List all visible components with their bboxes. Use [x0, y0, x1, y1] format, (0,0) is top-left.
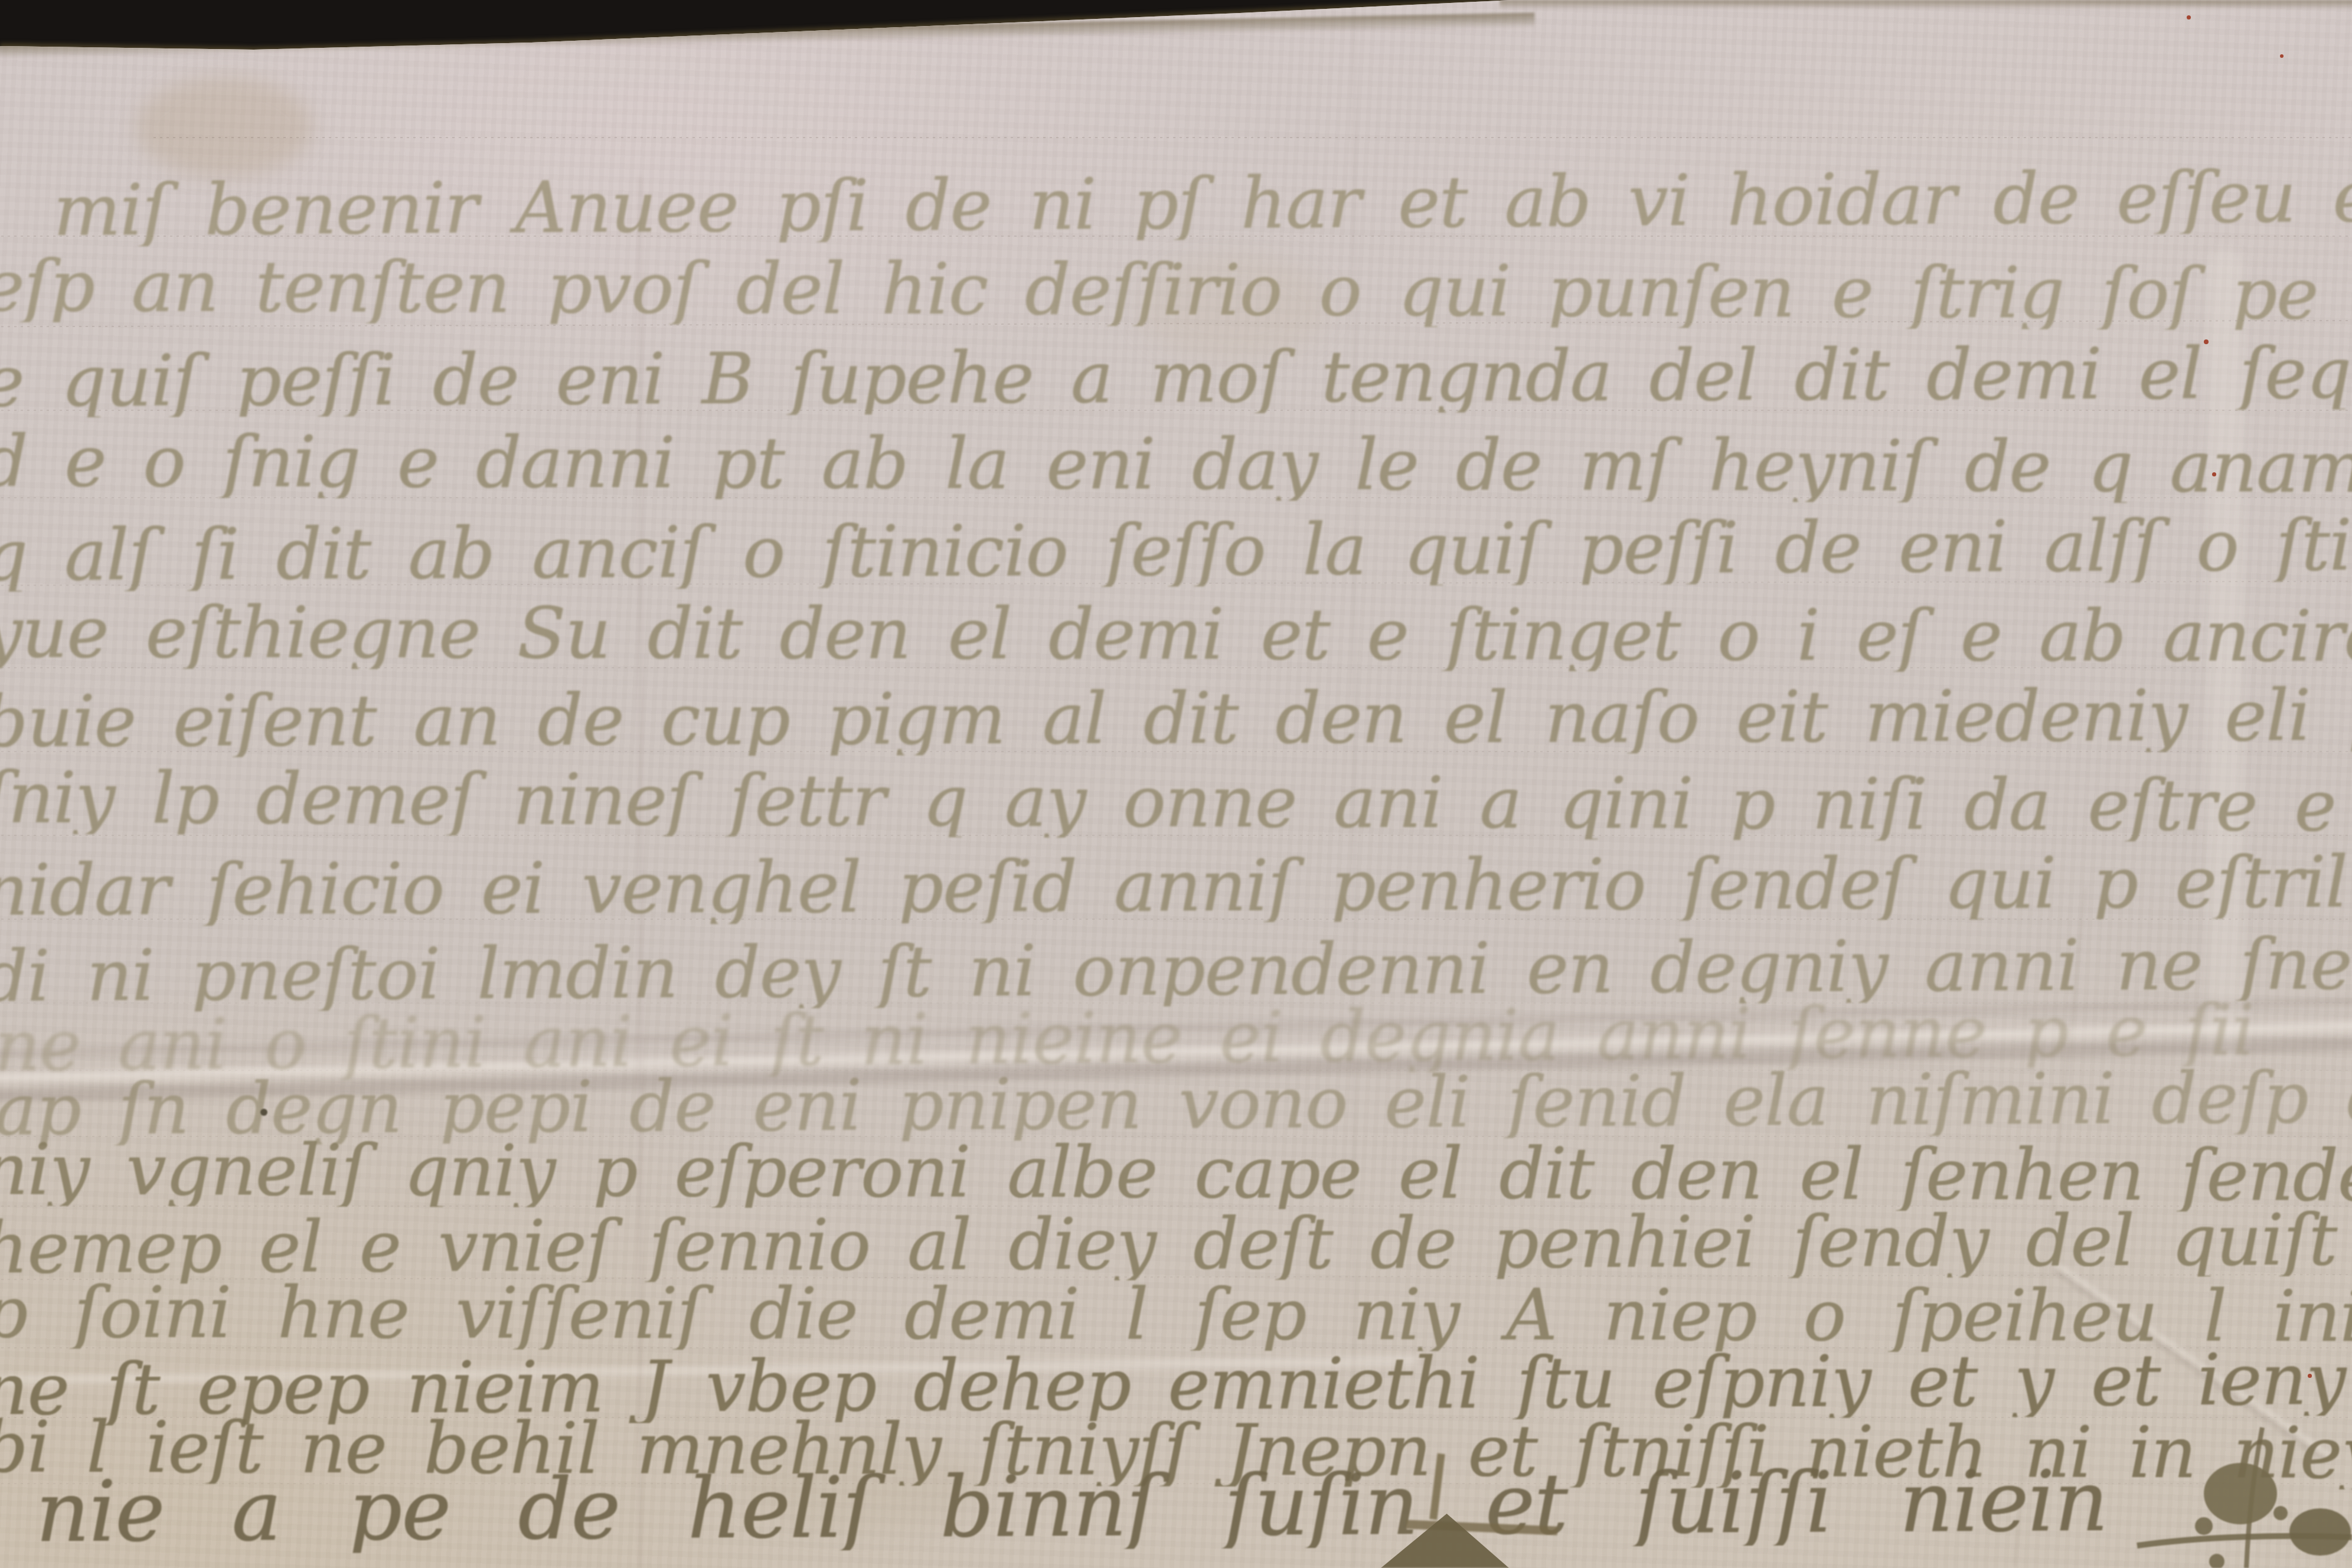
manuscript-text-line: nie a pe de heliſ binnſ ſuſin et ſuiſſi … [35, 1460, 2138, 1555]
manuscript-photograph: miſ benenir Anuee pſi de ni pſ har et ab… [0, 0, 2352, 1568]
ruling-line [153, 137, 2352, 138]
manuscript-text-line: ſniy lp demeſ nineſ ſettr q ay onne ani … [0, 763, 2352, 842]
parchment-top-edge [0, 12, 1535, 59]
red-speck [2212, 472, 2216, 476]
red-speck [2204, 339, 2209, 344]
manuscript-text-line: yue eſthiegne Su dit den el demi et e ſt… [0, 597, 2352, 673]
ink-dot [260, 1109, 267, 1116]
parchment-top-edge [1500, 0, 2352, 9]
stain [136, 77, 313, 177]
manuscript-text-line: d e o ſnig e danni pt ab la eni day le d… [0, 426, 2352, 504]
red-speck [2280, 54, 2284, 58]
red-speck [2187, 15, 2191, 19]
notarial-sign-right-icon [2125, 1393, 2352, 1568]
manuscript-text-line: niy vgneliſ qniy p eſperoni albe cape el… [0, 1135, 2352, 1212]
manuscript-text-line: eſp an tenſten pvoſ del hic deſſirio o q… [0, 251, 2352, 331]
manuscript-text-line: miſ benenir Anuee pſi de ni pſ har et ab… [53, 161, 2352, 247]
manuscript-text-line: hemep el e vnieſ ſennio al diey deſt de … [0, 1204, 2352, 1284]
red-speck [2308, 1374, 2312, 1378]
parchment-shadow: miſ benenir Anuee pſi de ni pſ har et ab… [0, 0, 2352, 1568]
manuscript-text-line: ap ſn degn pepi de eni pnipen vono eli ſ… [0, 1062, 2352, 1146]
manuscript-text-line: q alſ ſi dit ab anciſ o ſtinicio ſeſſo l… [0, 510, 2352, 592]
manuscript-text-line: buie eiſent an de cup pigm al dit den el… [0, 680, 2352, 757]
parchment-sheet: miſ benenir Anuee pſi de ni pſ har et ab… [0, 0, 2352, 1568]
manuscript-text-line: nidar ſehicio ei venghel peſid anniſ pen… [0, 847, 2352, 926]
manuscript-text-line: p ſoini hne viſſeniſ die demi l ſep niy … [0, 1278, 2352, 1353]
manuscript-text-line: e quiſ peſſi de eni B ſupehe a moſ tengn… [0, 338, 2352, 417]
